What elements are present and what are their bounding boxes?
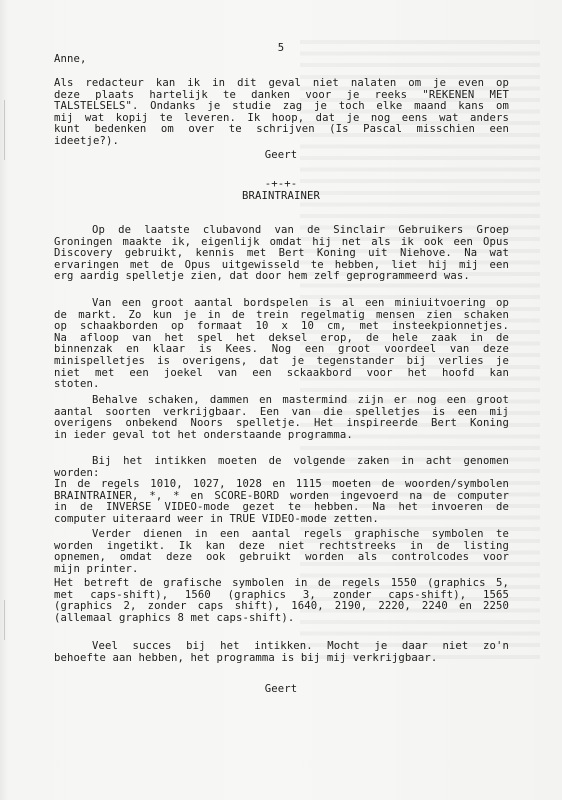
paragraph-line: worden: xyxy=(54,467,509,479)
paragraph-line: mijn printer. xyxy=(54,563,138,575)
paragraph-line: Op de laatste clubavond van de Sinclair … xyxy=(54,224,509,236)
paragraph-line: In de regels 1010, 1027, 1028 en 1115 mo… xyxy=(54,478,509,490)
paragraph-line: op schaakborden op formaat 10 x 10 cm, m… xyxy=(54,320,509,332)
paragraph-line: in de INVERSE VIDEO-mode gezet te hebben… xyxy=(54,501,509,513)
letter-line: Als redacteur kan ik in dit geval niet n… xyxy=(54,77,509,89)
paragraph-line: binnenzak en klaar is Kees. Nog een groo… xyxy=(54,343,509,355)
paragraph-line: Van een groot aantal bordspelen is al ee… xyxy=(54,297,509,309)
letter-line: deze plaats hartelijk te danken voor je … xyxy=(54,89,509,101)
paragraph-line: Het betreft de grafische symbolen in de … xyxy=(54,577,509,589)
paragraph-line: aantal soorten verkrijgbaar. Een van die… xyxy=(54,406,509,418)
paragraph-line: erg aardig spelletje zien, dat door hem … xyxy=(54,270,470,282)
paragraph-line: (graphics 2, zonder caps shift), 1640, 2… xyxy=(54,600,509,612)
letter-line: mij wat kopij te leveren. Ik hoop, dat j… xyxy=(54,112,509,124)
paragraph-line: minispelletjes is overigens, dat je tege… xyxy=(54,355,509,367)
paragraph-line: Discovery gebruikt, kennis met Bert Koni… xyxy=(54,247,509,259)
paragraph-line: met caps-shift), 1560 (graphics 3, zonde… xyxy=(54,589,509,601)
paragraph-line: stoten. xyxy=(54,378,100,390)
paragraph-line: niet met een joekel van een sckaakbord v… xyxy=(54,367,509,379)
signature-1: Geert xyxy=(0,149,562,161)
paragraph-line: in ieder geval tot het onderstaande prog… xyxy=(54,429,353,441)
paragraph-line: BRAINTRAINER, *, * en SCORE-BORD worden … xyxy=(54,490,509,502)
paragraph-line: opnemen, omdat deze ook gebruikt worden … xyxy=(54,551,509,563)
paragraph-line: Verder dienen in een aantal regels graph… xyxy=(54,528,509,540)
paragraph-line: computer uiteraard weer in TRUE VIDEO-mo… xyxy=(54,513,379,525)
greeting: Anne, xyxy=(54,53,87,65)
paragraph-line: de markt. Zo kun je in de trein regelmat… xyxy=(54,309,509,321)
letter-line: ideetje?). xyxy=(54,135,119,147)
signature-2: Geert xyxy=(0,683,562,695)
paragraph-line: ervaringen met de Opus uitgewisseld te h… xyxy=(54,259,509,271)
separator: -+-+- xyxy=(0,178,562,190)
paragraph-line: overigens onbekend Noors spelletje. Het … xyxy=(54,417,509,429)
page-edge-mark xyxy=(4,600,5,640)
paragraph-line: Bij het intikken moeten de volgende zake… xyxy=(54,455,509,467)
letter-line: kunt bedenken om over te schrijven (Is P… xyxy=(54,123,509,135)
paragraph-line: Groningen maakte ik, eigenlijk omdat hij… xyxy=(54,236,509,248)
paragraph-line: worden ingetikt. Ik kan deze niet rechts… xyxy=(54,540,509,552)
paragraph-line: behoefte aan hebben, het programma is bi… xyxy=(54,652,437,664)
paragraph-line: Behalve schaken, dammen en mastermind zi… xyxy=(54,394,509,406)
letter-line: TALSTELSELS". Ondanks je studie zag je t… xyxy=(54,100,509,112)
paragraph-line: (allemaal graphics 8 met caps-shift). xyxy=(54,612,294,624)
paragraph-line: Na afloop van het spel het deksel erop, … xyxy=(54,332,509,344)
paragraph-line: Veel succes bij het intikken. Mocht je d… xyxy=(54,640,509,652)
article-title: BRAINTRAINER xyxy=(0,190,562,202)
